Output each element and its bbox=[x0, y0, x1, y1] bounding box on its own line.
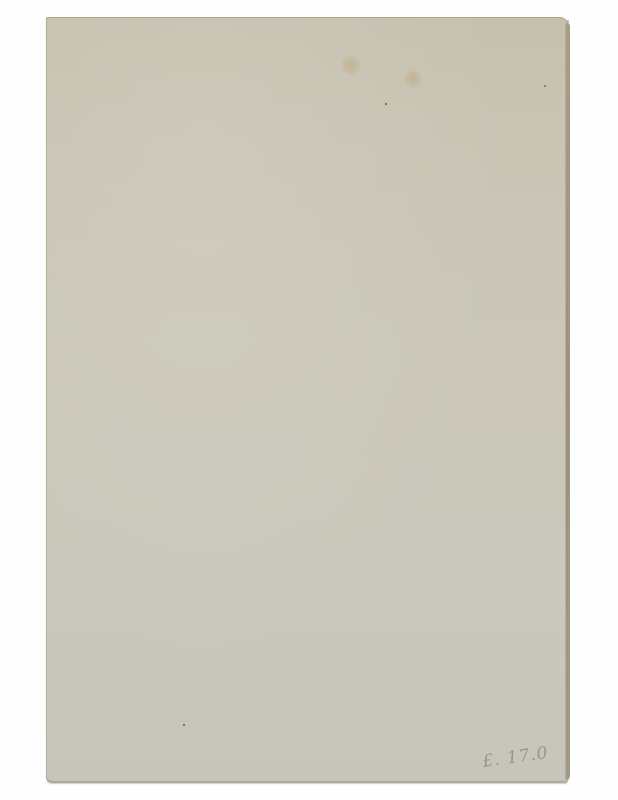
back-cover-sheet bbox=[46, 17, 568, 783]
foxing-stain bbox=[341, 55, 361, 75]
paper-speck bbox=[385, 103, 387, 105]
binding-edge bbox=[566, 20, 569, 780]
photo-stage: £. 17.0 bbox=[0, 0, 618, 800]
paper-speck bbox=[544, 85, 546, 87]
foxing-stain bbox=[404, 70, 422, 88]
paper-speck bbox=[183, 724, 185, 726]
